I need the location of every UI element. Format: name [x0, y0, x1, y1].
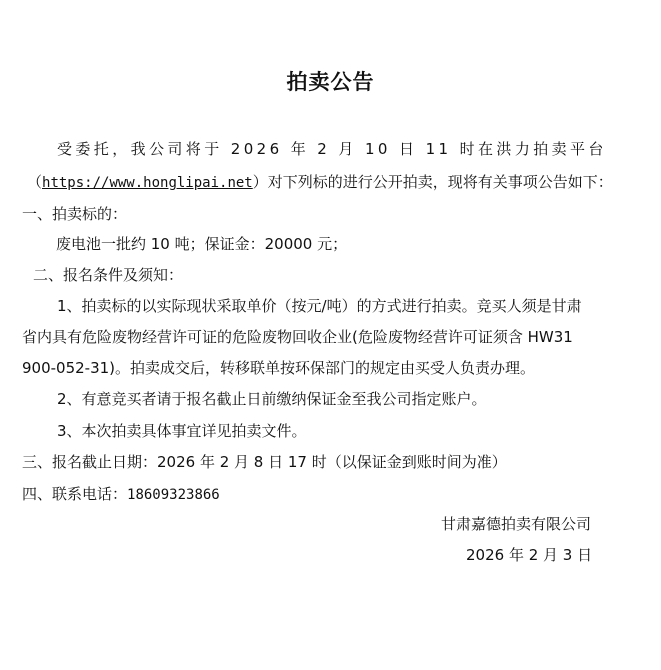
- section-2-item-1-line-3: 900-052-31)。拍卖成交后，转移联单按环保部门的规定由买受人负责办理。: [22, 358, 535, 378]
- section-2-heading: 二、报名条件及须知：: [33, 265, 183, 285]
- signature-company: 甘肃嘉德拍卖有限公司: [441, 514, 591, 534]
- intro-line-2: （https://www.honglipai.net）对下列标的进行公开拍卖，现…: [27, 172, 613, 193]
- intro-line-1: 受委托，我公司将于 2026 年 2 月 10 日 11 时在洪力拍卖平台: [57, 139, 607, 159]
- intro-line-2-suffix: ）对下列标的进行公开拍卖，现将有关事项公告如下：: [253, 173, 613, 191]
- contact-phone: 18609323866: [127, 487, 220, 503]
- section-2-item-3: 3、本次拍卖具体事宜详见拍卖文件。: [57, 421, 307, 441]
- section-2-item-1-line-2: 省内具有危险废物经营许可证的危险废物回收企业(危险废物经营许可证须含 HW31: [22, 327, 573, 347]
- document-title: 拍卖公告: [0, 66, 661, 96]
- section-2-item-2: 2、有意竞买者请于报名截止日前缴纳保证金至我公司指定账户。: [57, 389, 487, 409]
- section-1-body: 废电池一批约 10 吨；保证金：20000 元；: [56, 234, 347, 254]
- section-3-deadline: 三、报名截止日期：2026 年 2 月 8 日 17 时（以保证金到账时间为准）: [22, 452, 507, 472]
- section-1-heading: 一、拍卖标的：: [22, 204, 127, 224]
- signature-date: 2026 年 2 月 3 日: [466, 545, 592, 565]
- auction-platform-link[interactable]: https://www.honglipai.net: [42, 175, 253, 191]
- section-4-contact: 四、联系电话：18609323866: [22, 484, 220, 505]
- intro-paren-open: （: [27, 173, 42, 191]
- contact-label: 四、联系电话：: [22, 485, 127, 503]
- section-2-item-1-line-1: 1、拍卖标的以实际现状采取单价（按元/吨）的方式进行拍卖。竞买人须是甘肃: [57, 296, 582, 316]
